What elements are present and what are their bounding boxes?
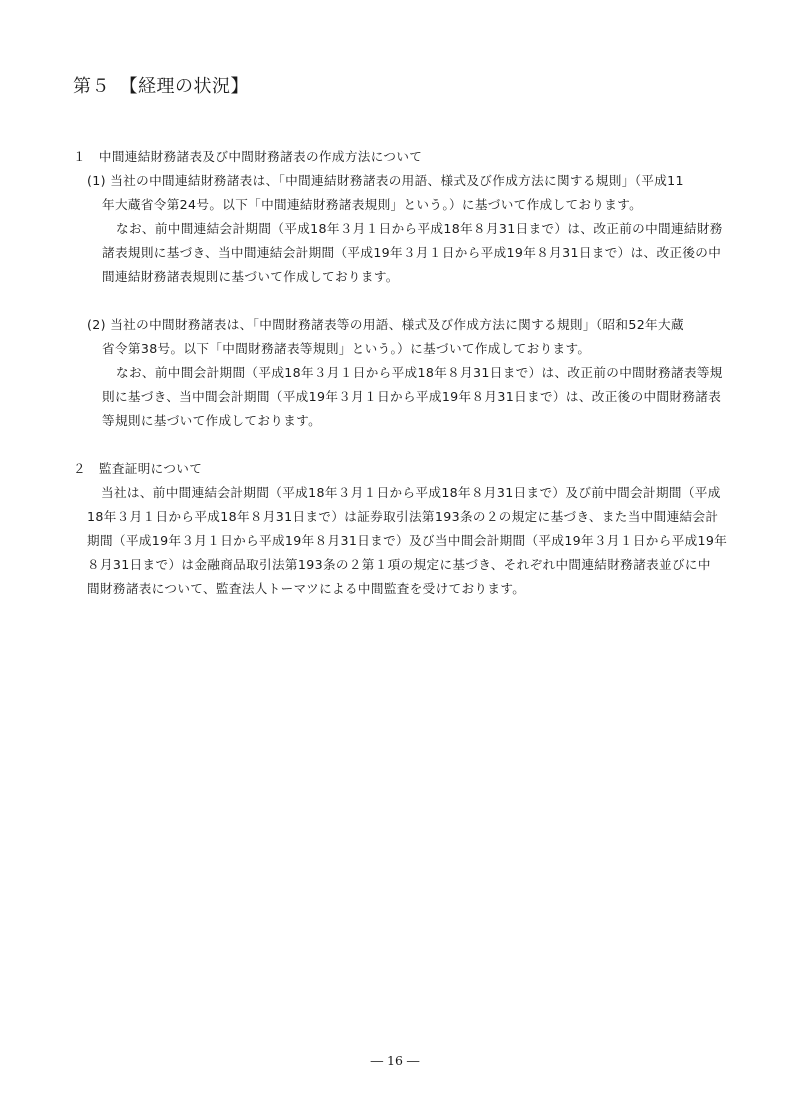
- paragraph-line: 当社は、前中間連結会計期間（平成18年３月１日から平成18年８月31日まで）及び…: [101, 485, 721, 501]
- paragraph-line: なお、前中間連結会計期間（平成18年３月１日から平成18年８月31日まで）は、改…: [116, 221, 723, 237]
- paragraph-line: 則に基づき、当中間会計期間（平成19年３月１日から平成19年８月31日まで）は、…: [102, 389, 721, 405]
- section-heading: １ 中間連結財務諸表及び中間財務諸表の作成方法について: [73, 149, 422, 165]
- paragraph-line: 期間（平成19年３月１日から平成19年８月31日まで）及び当中間会計期間（平成1…: [87, 533, 727, 549]
- paragraph-line: ８月31日まで）は金融商品取引法第193条の２第１項の規定に基づき、それぞれ中間…: [87, 557, 711, 573]
- paragraph-line: なお、前中間会計期間（平成18年３月１日から平成18年８月31日まで）は、改正前…: [116, 365, 723, 381]
- paragraph-line: (2) 当社の中間財務諸表は、「中間財務諸表等の用語、様式及び作成方法に関する規…: [87, 317, 684, 333]
- paragraph-line: 諸表規則に基づき、当中間連結会計期間（平成19年３月１日から平成19年８月31日…: [102, 245, 721, 261]
- paragraph-line: 間財務諸表について、監査法人トーマツによる中間監査を受けております。: [87, 581, 525, 597]
- paragraph-line: 省令第38号。以下「中間財務諸表等規則」という。）に基づいて作成しております。: [102, 341, 590, 357]
- paragraph-line: (1) 当社の中間連結財務諸表は、「中間連結財務諸表の用語、様式及び作成方法に関…: [87, 173, 684, 189]
- paragraph-line: 18年３月１日から平成18年８月31日まで）は証券取引法第193条の２の規定に基…: [87, 509, 718, 525]
- paragraph-line: 間連結財務諸表規則に基づいて作成しております。: [102, 269, 399, 285]
- page-number: ― 16 ―: [0, 1053, 790, 1068]
- paragraph-line: 年大蔵省令第24号。以下「中間連結財務諸表規則」という。）に基づいて作成しており…: [102, 197, 642, 213]
- paragraph-line: 等規則に基づいて作成しております。: [102, 413, 321, 429]
- section-heading: ２ 監査証明について: [73, 461, 202, 477]
- page-title: 第５ 【経理の状況】: [73, 72, 249, 98]
